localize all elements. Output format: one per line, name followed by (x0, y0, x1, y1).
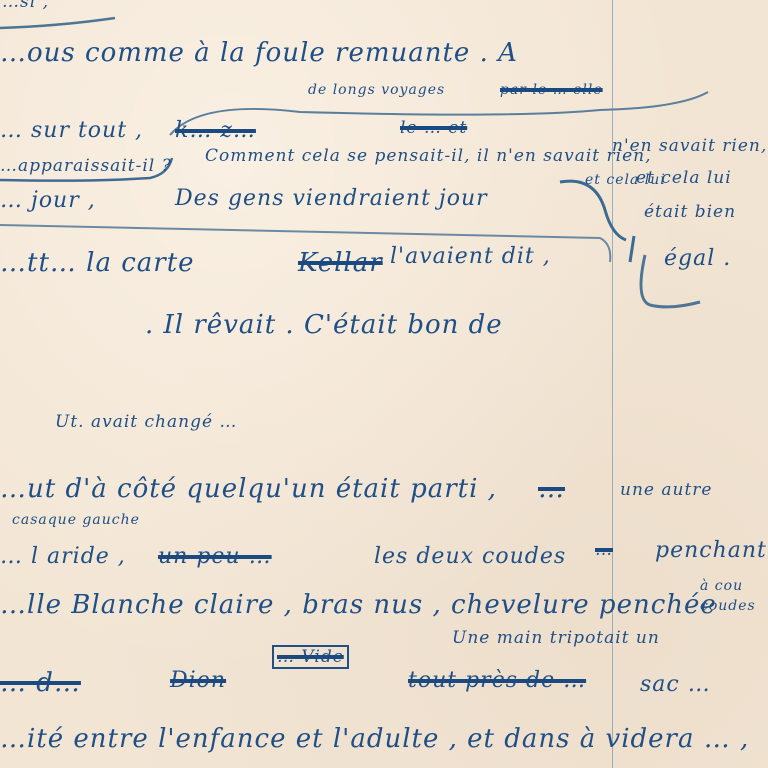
insertion-text: Une main tripotait un (452, 628, 660, 648)
boxed-struck-text: … Vide (272, 645, 349, 669)
text-line: … l aride , (0, 544, 126, 569)
margin-note: n'en savait rien, (612, 136, 767, 156)
text-line: …ut d'à côté quelqu'un était parti , (0, 474, 497, 504)
struck-text: … (595, 540, 613, 560)
struck-text: Dion (170, 668, 226, 693)
text-line: … sur tout , (0, 118, 143, 143)
insertion-text: casaque gauche (12, 512, 140, 528)
text-line: une autre (620, 480, 712, 500)
struck-text: … d… (0, 668, 81, 698)
text-line: …ité entre l'enfance et l'adulte , et da… (0, 724, 749, 754)
annotation-strokes (0, 0, 768, 768)
text-line: Ut. avait changé … (55, 412, 237, 432)
text-line: sac … (640, 672, 711, 697)
struck-text: Kellar (298, 248, 383, 278)
text-line: …apparaissait-il ? (0, 156, 172, 176)
insertion-text: coudes (700, 598, 756, 614)
struck-text: un peu … (158, 544, 272, 569)
text-line: …tt… la carte (0, 248, 195, 278)
text-line: . Il rêvait . C'était bon de (145, 310, 503, 340)
insertion-text: à cou (700, 578, 743, 594)
text-line: …si , (2, 0, 49, 12)
struck-text: … (538, 474, 565, 504)
text-line: penchant (655, 538, 767, 563)
struck-text: tout près de … (408, 668, 586, 693)
text-line: Des gens viendraient jour (175, 186, 488, 211)
insertion-text: Comment cela se pensait-il, il n'en sava… (205, 146, 651, 166)
manuscript-page: …si , …ous comme à la foule remuante . A… (0, 0, 768, 768)
struck-text: par le … elle (500, 82, 603, 98)
text-line: les deux coudes (374, 544, 566, 569)
margin-note: égal . (664, 246, 731, 271)
struck-text: le … et (400, 118, 467, 138)
text-line: …ous comme à la foule remuante . A (0, 38, 518, 68)
struck-text: k… z… (175, 118, 256, 143)
margin-note: était bien (644, 202, 736, 222)
text-line: l'avaient dit , (390, 244, 551, 269)
text-line: … jour , (0, 188, 96, 213)
margin-rule (612, 0, 613, 768)
text-line: …lle Blanche claire , bras nus , chevelu… (0, 590, 717, 620)
insertion-text: de longs voyages (308, 82, 445, 98)
margin-note: et cela lui (636, 168, 732, 188)
